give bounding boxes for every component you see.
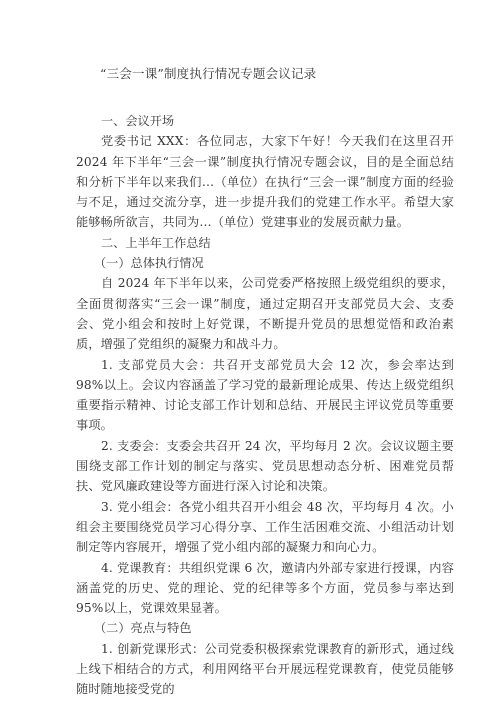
subsection-heading-highlights: （二）亮点与特色 [76,618,454,638]
paragraph-party-lecture: 4. 党课教育：共组织党课 6 次，邀请内外部专家进行授课，内容涵盖党的历史、党… [76,558,454,619]
section-heading-opening: 一、会议开场 [76,111,454,131]
paragraph-branch-meeting: 1. 支部党员大会：共召开支部党员大会 12 次，参会率达到 98%以上。会议内… [76,355,454,436]
paragraph-opening-speech: 党委书记 XXX：各位同志，大家下午好！今天我们在这里召开 2024 年下半年“… [76,131,454,232]
paragraph-committee-meeting: 2. 支委会：支委会共召开 24 次，平均每月 2 次。会议议题主要围绕支部工作… [76,436,454,497]
document-page: “三会一课”制度执行情况专题会议记录 一、会议开场 党委书记 XXX：各位同志，… [76,64,454,700]
spacer [76,84,454,111]
document-title: “三会一课”制度执行情况专题会议记录 [100,64,454,84]
subsection-heading-overall: （一）总体执行情况 [76,253,454,273]
paragraph-overall: 自 2024 年下半年以来，公司党委严格按照上级党组织的要求，全面贯彻落实“三会… [76,273,454,354]
paragraph-innovation: 1. 创新党课形式：公司党委积极探索党课教育的新形式，通过线上线下相结合的方式，… [76,639,454,700]
section-heading-summary: 二、上半年工作总结 [76,233,454,253]
paragraph-group-meeting: 3. 党小组会：各党小组共召开小组会 48 次，平均每月 4 次。小组会主要围绕… [76,497,454,558]
